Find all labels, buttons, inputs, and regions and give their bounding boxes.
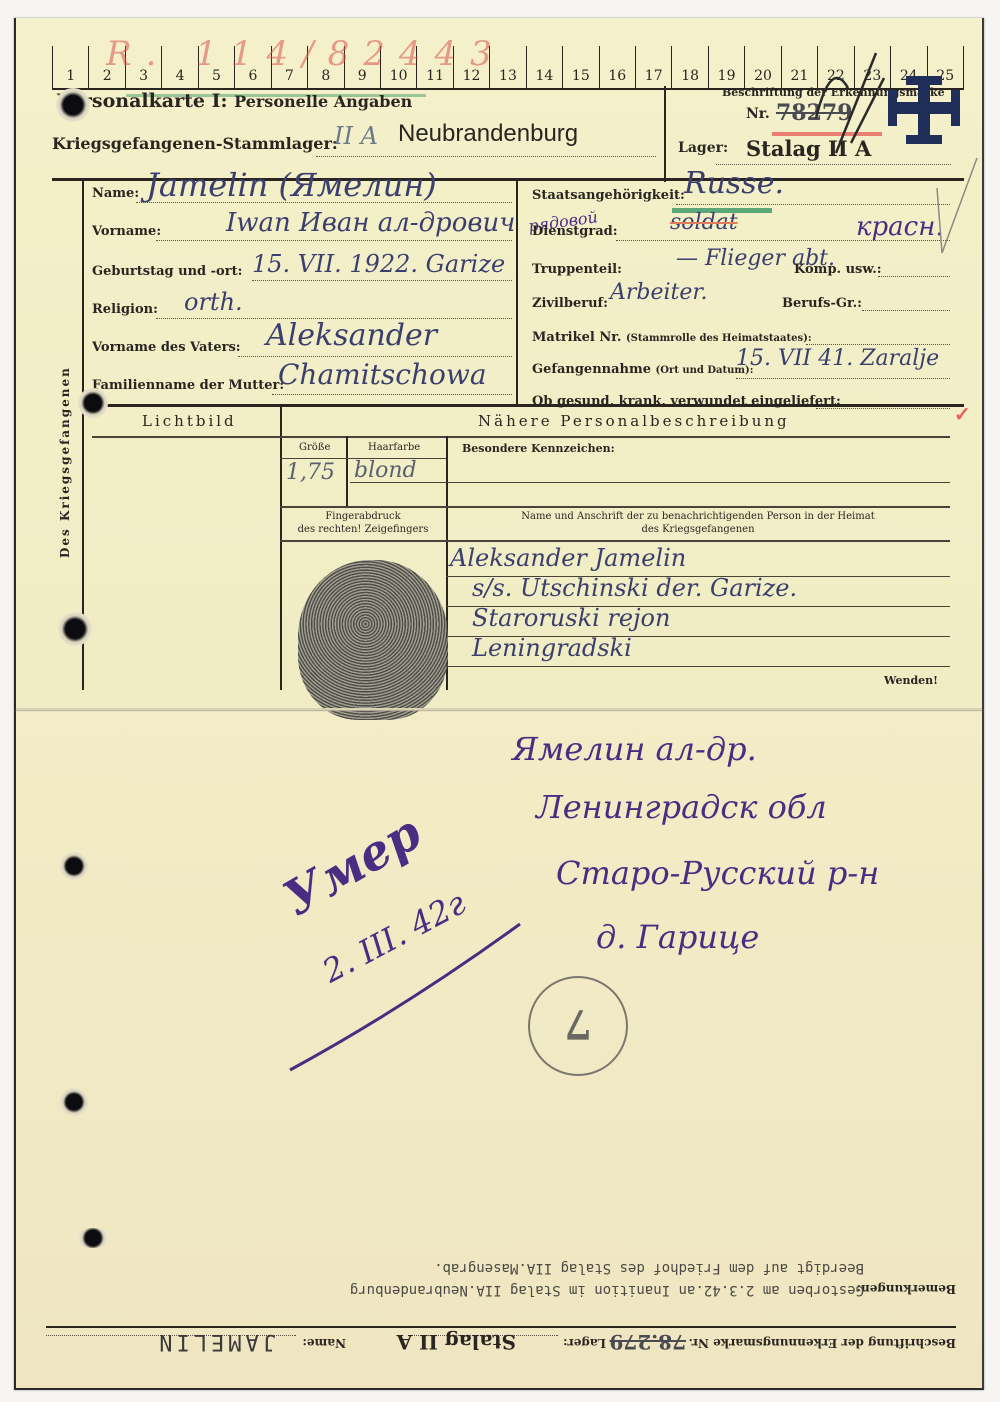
stammlager-dots: [316, 156, 656, 157]
fold-line: [16, 708, 982, 710]
finger-label-2: des rechten! Zeigefingers: [280, 523, 446, 536]
dienstgrad-label: Dienstgrad:: [532, 224, 618, 239]
mutter-dots: [272, 394, 512, 395]
header-divider: [664, 86, 666, 182]
wenden-label: Wenden!: [884, 674, 938, 687]
gefangen-label-main: Gefangennahme: [532, 362, 651, 377]
komp-label: Komp. usw.:: [794, 262, 882, 277]
gefangen-value: 15. VII 41. Zaralje: [736, 346, 939, 371]
mutter-label: Familienname der Mutter:: [92, 378, 284, 393]
haarfarbe-rule: [350, 482, 446, 483]
circle-stamp-value: 7: [530, 1000, 626, 1047]
kennzeichen-label: Besondere Kennzeichen:: [462, 442, 615, 455]
zivil-label: Zivilberuf:: [532, 296, 608, 311]
vorname-label: Vorname:: [92, 224, 161, 239]
finger-header-rule: [280, 506, 950, 508]
bottom-lager-label: Lager:: [563, 1336, 606, 1350]
russian-note-line: Старо-Русский р-н: [556, 854, 879, 892]
title-main: rsonalkarte I:: [82, 90, 228, 112]
lager-label: Lager:: [678, 140, 728, 156]
bemerkungen-line-2: Beerdigt auf dem Friedhof des Stalag IIA…: [434, 1260, 864, 1276]
groesse-divider: [346, 436, 348, 506]
number-cell: 19: [708, 46, 744, 88]
stammlager-handwritten: II A: [334, 122, 378, 150]
berufs-dots: [862, 310, 950, 311]
kontakt-label-1: Name und Anschrift der zu benachrichtige…: [446, 510, 950, 523]
finger-label-1: Fingerabdruck: [280, 510, 446, 523]
matrikel-dots: [806, 344, 950, 345]
lichtbild-label: Lichtbild: [142, 412, 237, 430]
matrikel-label-sub: (Stammrolle des Heimatstaates):: [626, 333, 812, 344]
kontakt-rule: [446, 666, 950, 667]
pencil-v-mark: [932, 148, 982, 268]
vorname-dots: [156, 240, 512, 241]
name-label: Name:: [92, 186, 139, 201]
finger-body-rule: [280, 540, 950, 542]
kennzeichen-rule: [446, 482, 950, 483]
number-cell: 18: [671, 46, 707, 88]
zivil-value: Arbeiter.: [610, 280, 708, 305]
nr-label: Nr.: [746, 106, 770, 122]
bottom-rule: [46, 1326, 956, 1328]
stammlager-label: Kriegsgefangenen-Stammlager:: [52, 134, 338, 153]
religion-label: Religion:: [92, 302, 158, 317]
punch-hole: [58, 612, 92, 646]
naehere-rule: [280, 436, 950, 438]
vater-dots: [238, 356, 512, 357]
vorname-value: Iwan Иван ал-дрович: [226, 208, 515, 238]
stammlager-value: Neubrandenburg: [398, 120, 578, 148]
russian-note-line: д. Гарице: [596, 918, 759, 956]
russian-note-line: Ямелин ал-др.: [512, 730, 757, 768]
kontakt-line: Aleksander Jamelin: [450, 544, 686, 572]
name-value: Jamelin (Ямелин): [146, 166, 437, 204]
bottom-lager-value: Stalag II A: [397, 1330, 516, 1354]
matrikel-label-main: Matrikel Nr.: [532, 330, 621, 345]
bottom-marke-value: 78.279: [609, 1330, 686, 1354]
kontakt-label: Name und Anschrift der zu benachrichtige…: [446, 510, 950, 536]
naehere-label: Nähere Personalbeschreibung: [478, 412, 790, 430]
gesund-label: Ob gesund, krank, verwundet eingeliefert…: [532, 394, 841, 409]
name-dots: [136, 202, 512, 203]
bottom-marke-label: Beschriftung der Erkennungsmarke Nr.: [689, 1336, 956, 1350]
vater-label: Vorname des Vaters:: [92, 340, 241, 355]
kontakt-line: Leningradski: [472, 634, 632, 662]
punch-hole: [78, 388, 108, 418]
fingerprint-image: [298, 560, 448, 720]
red-check-mark: ✓: [954, 402, 971, 426]
truppen-label: Truppenteil:: [532, 262, 622, 277]
berufs-label: Berufs-Gr.:: [782, 296, 862, 311]
red-pencil-numbers: R. 114/82443: [106, 34, 506, 74]
staat-value: Russe.: [684, 166, 784, 201]
number-cell: 20: [744, 46, 780, 88]
kontakt-label-2: des Kriegsgefangenen: [446, 523, 950, 536]
dienstgrad-value: soldat: [670, 210, 738, 235]
geburt-value: 15. VII. 1922. Garize: [252, 250, 505, 278]
geburt-dots: [252, 280, 512, 281]
number-cell: 15: [562, 46, 598, 88]
signature-underline: [284, 918, 524, 1078]
bottom-flipped-section: Beschriftung der Erkennungsmarke Nr. 78.…: [46, 1218, 956, 1358]
lichtbild-rule: [92, 436, 280, 438]
circle-stamp: 7: [528, 976, 628, 1076]
pencil-strike-mark: [806, 48, 886, 158]
bottom-name-label: Name:: [302, 1336, 346, 1350]
haarfarbe-value: blond: [354, 458, 417, 483]
kontakt-line: Staroruski rejon: [472, 604, 670, 632]
staat-dots: [676, 204, 950, 205]
finger-label: Fingerabdruck des rechten! Zeigefingers: [280, 510, 446, 536]
card-title: Personalkarte I: Personelle Angaben: [56, 90, 412, 112]
punch-hole: [60, 852, 88, 880]
punch-hole: [60, 1088, 88, 1116]
haarfarbe-label: Haarfarbe: [368, 442, 420, 453]
matrikel-label: Matrikel Nr. (Stammrolle des Heimatstaat…: [532, 330, 812, 345]
title-sub: Personelle Angaben: [234, 92, 412, 111]
bemerkungen-line-1: Gestorben am 2.3.42.an Inanition im Stal…: [350, 1282, 864, 1298]
religion-value: orth.: [184, 288, 243, 316]
dienstgrad-note: красн.: [856, 212, 944, 242]
punch-hole: [56, 88, 90, 122]
groesse-label: Größe: [299, 442, 330, 453]
staat-label: Staatsangehörigkeit:: [532, 188, 685, 203]
personalkarte-card: 1234567891011121314151617181920212223242…: [14, 18, 984, 1390]
kontakt-line: s/s. Utschinski der. Garize.: [472, 574, 797, 602]
russian-note-line: Ленинградск обл: [536, 788, 827, 826]
dienstgrad-dots: [616, 240, 950, 241]
groesse-value: 1,75: [286, 460, 335, 485]
number-cell: 1: [52, 46, 88, 88]
number-cell: 17: [635, 46, 671, 88]
number-cell: 14: [526, 46, 562, 88]
lager-dots: [716, 164, 951, 165]
lichtbild-divider: [280, 406, 282, 690]
side-label: Des Kriegsgefangenen: [58, 366, 72, 558]
gefangen-label: Gefangennahme (Ort und Datum):: [532, 362, 753, 377]
komp-dots: [878, 276, 950, 277]
geburt-label: Geburtstag und -ort:: [92, 264, 242, 279]
number-cell: 16: [599, 46, 635, 88]
gefangen-dots: [736, 378, 950, 379]
frame-mid: [516, 180, 518, 406]
vater-value: Aleksander: [266, 318, 437, 353]
bottom-name-value: JAMELIN: [155, 1329, 276, 1354]
bemerkungen-label: Bemerkungen:: [857, 1282, 956, 1296]
gesund-dots: [816, 408, 950, 409]
mutter-value: Chamitschowa: [278, 358, 487, 391]
cross-stamp-icon: [886, 72, 962, 148]
